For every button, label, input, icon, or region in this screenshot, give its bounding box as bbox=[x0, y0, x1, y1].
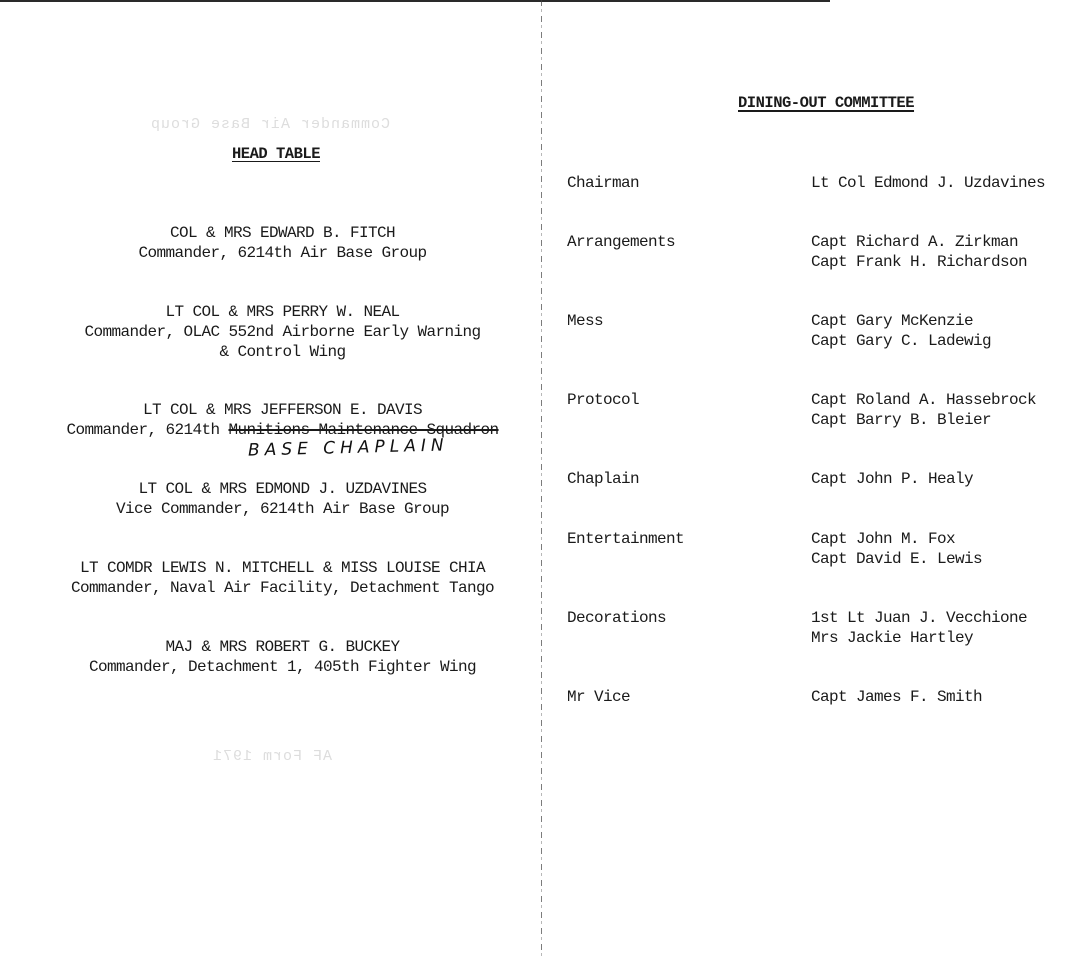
committee-title: DINING-OUT COMMITTEE bbox=[738, 94, 914, 112]
member-name: Capt James F. Smith bbox=[811, 688, 982, 708]
struck-title: Munitions Maintenance Squadron bbox=[228, 421, 498, 439]
guest-title: Commander, 6214th Air Base Group bbox=[0, 244, 565, 264]
committee-members: Capt John P. Healy bbox=[811, 470, 973, 490]
head-table-entry: LT COMDR LEWIS N. MITCHELL & MISS LOUISE… bbox=[0, 559, 565, 599]
committee-role: Protocol bbox=[567, 391, 639, 411]
head-table-entry: LT COL & MRS EDMOND J. UZDAVINES Vice Co… bbox=[0, 480, 565, 520]
head-table-entry: MAJ & MRS ROBERT G. BUCKEY Commander, De… bbox=[0, 638, 565, 678]
committee-page: DINING-OUT COMMITTEE Chairman Lt Col Edm… bbox=[542, 0, 1090, 958]
committee-members: Lt Col Edmond J. Uzdavines bbox=[811, 174, 1045, 194]
member-name: Mrs Jackie Hartley bbox=[811, 629, 1027, 649]
member-name: Capt Gary C. Ladewig bbox=[811, 332, 991, 352]
committee-role: Chaplain bbox=[567, 470, 639, 490]
head-table-entry: COL & MRS EDWARD B. FITCH Commander, 621… bbox=[0, 224, 565, 264]
guest-title: Commander, OLAC 552nd Airborne Early War… bbox=[0, 323, 565, 343]
committee-members: Capt Gary McKenzie Capt Gary C. Ladewig bbox=[811, 312, 991, 351]
guest-title: Vice Commander, 6214th Air Base Group bbox=[0, 500, 565, 520]
head-table-entry: LT COL & MRS JEFFERSON E. DAVIS Commande… bbox=[0, 401, 565, 441]
member-name: Lt Col Edmond J. Uzdavines bbox=[811, 174, 1045, 194]
member-name: Capt John P. Healy bbox=[811, 470, 973, 490]
committee-role: Mr Vice bbox=[567, 688, 630, 708]
committee-role: Arrangements bbox=[567, 233, 675, 253]
member-name: Capt Gary McKenzie bbox=[811, 312, 991, 332]
committee-role: Decorations bbox=[567, 609, 666, 629]
committee-role: Chairman bbox=[567, 174, 639, 194]
guest-title-cont: & Control Wing bbox=[0, 343, 565, 363]
guest-name: LT COMDR LEWIS N. MITCHELL & MISS LOUISE… bbox=[0, 559, 565, 579]
committee-role: Mess bbox=[567, 312, 603, 332]
member-name: Capt Roland A. Hassebrock bbox=[811, 391, 1036, 411]
guest-title: Commander, Detachment 1, 405th Fighter W… bbox=[0, 658, 565, 678]
member-name: 1st Lt Juan J. Vecchione bbox=[811, 609, 1027, 629]
committee-role: Entertainment bbox=[567, 530, 684, 550]
member-name: Capt Barry B. Bleier bbox=[811, 411, 1036, 431]
committee-members: Capt Roland A. Hassebrock Capt Barry B. … bbox=[811, 391, 1036, 430]
head-table-entry: LT COL & MRS PERRY W. NEAL Commander, OL… bbox=[0, 303, 565, 362]
handwritten-correction: BASE CHAPLAIN bbox=[248, 435, 449, 460]
committee-members: Capt Richard A. Zirkman Capt Frank H. Ri… bbox=[811, 233, 1027, 272]
committee-members: Capt John M. Fox Capt David E. Lewis bbox=[811, 530, 982, 569]
member-name: Capt David E. Lewis bbox=[811, 550, 982, 570]
guest-name: LT COL & MRS PERRY W. NEAL bbox=[0, 303, 565, 323]
guest-name: MAJ & MRS ROBERT G. BUCKEY bbox=[0, 638, 565, 658]
guest-title: Commander, 6214th Munitions Maintenance … bbox=[0, 421, 565, 441]
guest-name: LT COL & MRS EDMOND J. UZDAVINES bbox=[0, 480, 565, 500]
member-name: Capt Richard A. Zirkman bbox=[811, 233, 1027, 253]
guest-title: Commander, Naval Air Facility, Detachmen… bbox=[0, 579, 565, 599]
committee-members: Capt James F. Smith bbox=[811, 688, 982, 708]
guest-name: COL & MRS EDWARD B. FITCH bbox=[0, 224, 565, 244]
head-table-page: HEAD TABLE COL & MRS EDWARD B. FITCH Com… bbox=[0, 0, 541, 958]
member-name: Capt Frank H. Richardson bbox=[811, 253, 1027, 273]
committee-members: 1st Lt Juan J. Vecchione Mrs Jackie Hart… bbox=[811, 609, 1027, 648]
guest-name: LT COL & MRS JEFFERSON E. DAVIS bbox=[0, 401, 565, 421]
head-table-title: HEAD TABLE bbox=[0, 145, 552, 163]
member-name: Capt John M. Fox bbox=[811, 530, 982, 550]
title-prefix: Commander, 6214th bbox=[66, 421, 219, 439]
